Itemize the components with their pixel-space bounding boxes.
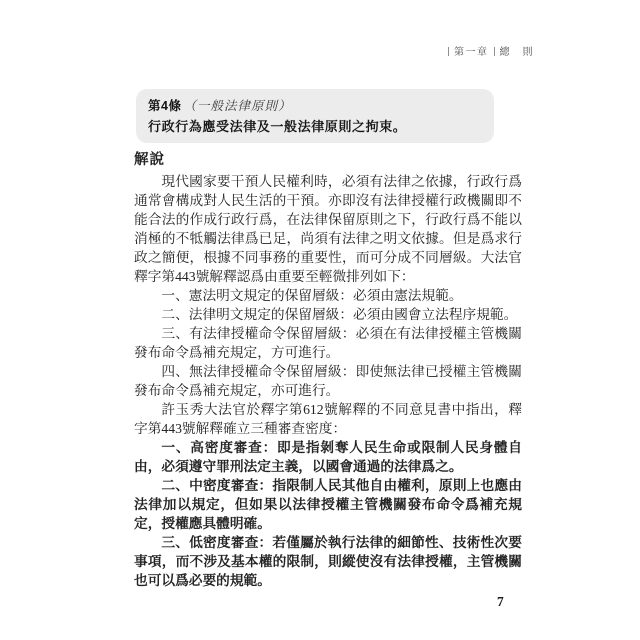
commentary-paragraph: 現代國家要干預人民權利時，必須有法律之依據，行政行爲通常會構成對人民生活的干預。… (134, 172, 522, 286)
running-header: 第一章總 則 (443, 43, 534, 58)
header-divider (494, 47, 495, 56)
page-number: 7 (497, 594, 517, 610)
reservation-level-item: 二、法律明文規定的保留層級：必須由國會立法程序規範。 (134, 305, 522, 324)
reservation-level-item: 四、無法律授權命令保留層級：即使無法律已授權主管機關發布命令爲補充規定，亦可進行… (134, 362, 522, 400)
article-box: 第4條（一般法律原則） 行政行為應受法律及一般法律原則之拘束。 (136, 89, 494, 143)
header-section: 總 則 (500, 47, 535, 58)
commentary-section: 解說 現代國家要干預人民權利時，必須有法律之依據，行政行爲通常會構成對人民生活的… (134, 150, 522, 590)
article-number: 第4條 (148, 99, 181, 113)
commentary-heading: 解說 (134, 150, 522, 170)
reservation-level-item: 三、有法律授權命令保留層級：必須在有法律授權主管機關發布命令爲補充規定，方可進行… (134, 324, 522, 362)
header-divider (448, 47, 449, 56)
review-density-item: 二、中密度審查：指限制人民其他自由權利，原則上也應由法律加以規定，但如果以法律授… (134, 476, 522, 533)
review-density-item: 三、低密度審查：若僅屬於執行法律的細節性、技術性次要事項，而不涉及基本權的限制，… (134, 533, 522, 590)
review-density-item: 一、高密度審查：即是指剝奪人民生命或限制人民身體自由，必須遵守罪刑法定主義，以國… (134, 438, 522, 476)
reservation-level-item: 一、憲法明文規定的保留層級：必須由憲法規範。 (134, 286, 522, 305)
article-title: （一般法律原則） (183, 99, 291, 113)
article-heading: 第4條（一般法律原則） (148, 98, 482, 115)
commentary-paragraph: 許玉秀大法官於釋字第612號解釋的不同意見書中指出，釋字第443號解釋確立三種審… (134, 400, 522, 438)
header-chapter: 第一章 (454, 47, 489, 58)
article-text: 行政行為應受法律及一般法律原則之拘束。 (148, 118, 482, 136)
book-page: 第一章總 則 第4條（一般法律原則） 行政行為應受法律及一般法律原則之拘束。 解… (0, 0, 640, 640)
